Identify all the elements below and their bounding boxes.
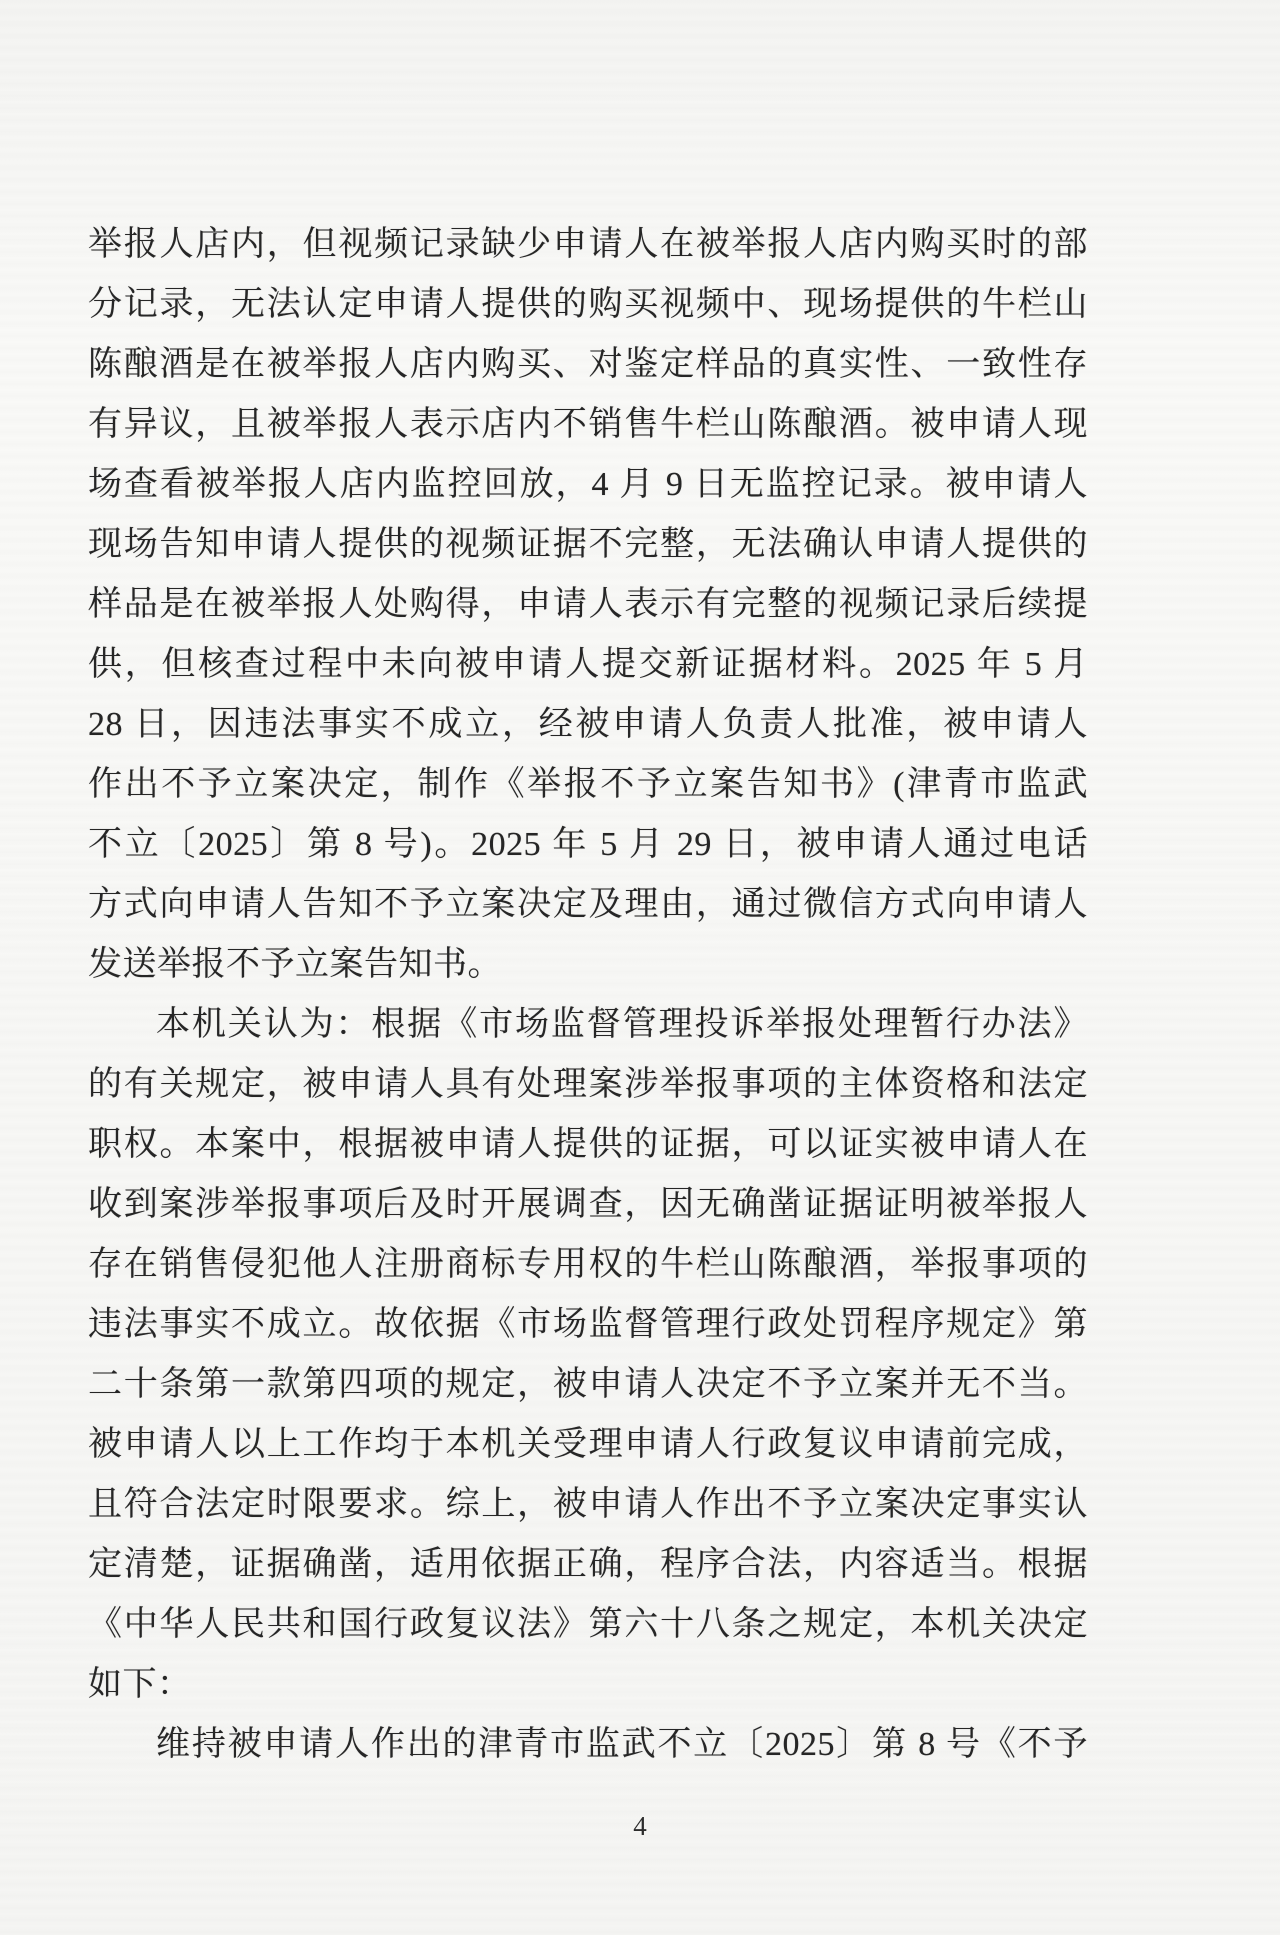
text-line: 举报人店内，但视频记录缺少申请人在被举报人店内购买时的部 (88, 215, 1088, 275)
text-line: 方式向申请人告知不予立案决定及理由，通过微信方式向申请人 (88, 875, 1088, 935)
text-line: 定清楚，证据确凿，适用依据正确，程序合法，内容适当。根据 (88, 1535, 1088, 1595)
text-line: 陈酿酒是在被举报人店内购买、对鉴定样品的真实性、一致性存 (88, 335, 1088, 395)
text-line: 被申请人以上工作均于本机关受理申请人行政复议申请前完成， (88, 1415, 1088, 1475)
text-line-paragraph-start: 维持被申请人作出的津青市监武不立〔2025〕第 8 号《不予 (88, 1715, 1088, 1775)
text-line: 供，但核查过程中未向被申请人提交新证据材料。2025 年 5 月 (88, 635, 1088, 695)
text-line: 有异议，且被举报人表示店内不销售牛栏山陈酿酒。被申请人现 (88, 395, 1088, 455)
text-line: 收到案涉举报事项后及时开展调查，因无确凿证据证明被举报人 (88, 1175, 1088, 1235)
document-body-text: 举报人店内，但视频记录缺少申请人在被举报人店内购买时的部 分记录，无法认定申请人… (88, 215, 1088, 1775)
text-line: 作出不予立案决定，制作《举报不予立案告知书》(津青市监武 (88, 755, 1088, 815)
text-line: 不立〔2025〕第 8 号)。2025 年 5 月 29 日，被申请人通过电话 (88, 815, 1088, 875)
text-line: 违法事实不成立。故依据《市场监督管理行政处罚程序规定》第 (88, 1295, 1088, 1355)
text-line: 且符合法定时限要求。综上，被申请人作出不予立案决定事实认 (88, 1475, 1088, 1535)
text-line-paragraph-start: 本机关认为：根据《市场监督管理投诉举报处理暂行办法》 (88, 995, 1088, 1055)
text-line: 的有关规定，被申请人具有处理案涉举报事项的主体资格和法定 (88, 1055, 1088, 1115)
text-line: 存在销售侵犯他人注册商标专用权的牛栏山陈酿酒，举报事项的 (88, 1235, 1088, 1295)
text-line: 28 日，因违法事实不成立，经被申请人负责人批准，被申请人 (88, 695, 1088, 755)
text-line: 样品是在被举报人处购得，申请人表示有完整的视频记录后续提 (88, 575, 1088, 635)
text-line: 现场告知申请人提供的视频证据不完整，无法确认申请人提供的 (88, 515, 1088, 575)
scanned-document-page: 举报人店内，但视频记录缺少申请人在被举报人店内购买时的部 分记录，无法认定申请人… (0, 0, 1280, 1935)
page-number: 4 (0, 1806, 1280, 1846)
text-line: 场查看被举报人店内监控回放，4 月 9 日无监控记录。被申请人 (88, 455, 1088, 515)
text-line: 职权。本案中，根据被申请人提供的证据，可以证实被申请人在 (88, 1115, 1088, 1175)
text-line-paragraph-end: 发送举报不予立案告知书。 (88, 935, 1088, 995)
text-line: 分记录，无法认定申请人提供的购买视频中、现场提供的牛栏山 (88, 275, 1088, 335)
text-line-paragraph-end: 如下： (88, 1655, 1088, 1715)
text-line: 《中华人民共和国行政复议法》第六十八条之规定，本机关决定 (88, 1595, 1088, 1655)
text-line: 二十条第一款第四项的规定，被申请人决定不予立案并无不当。 (88, 1355, 1088, 1415)
